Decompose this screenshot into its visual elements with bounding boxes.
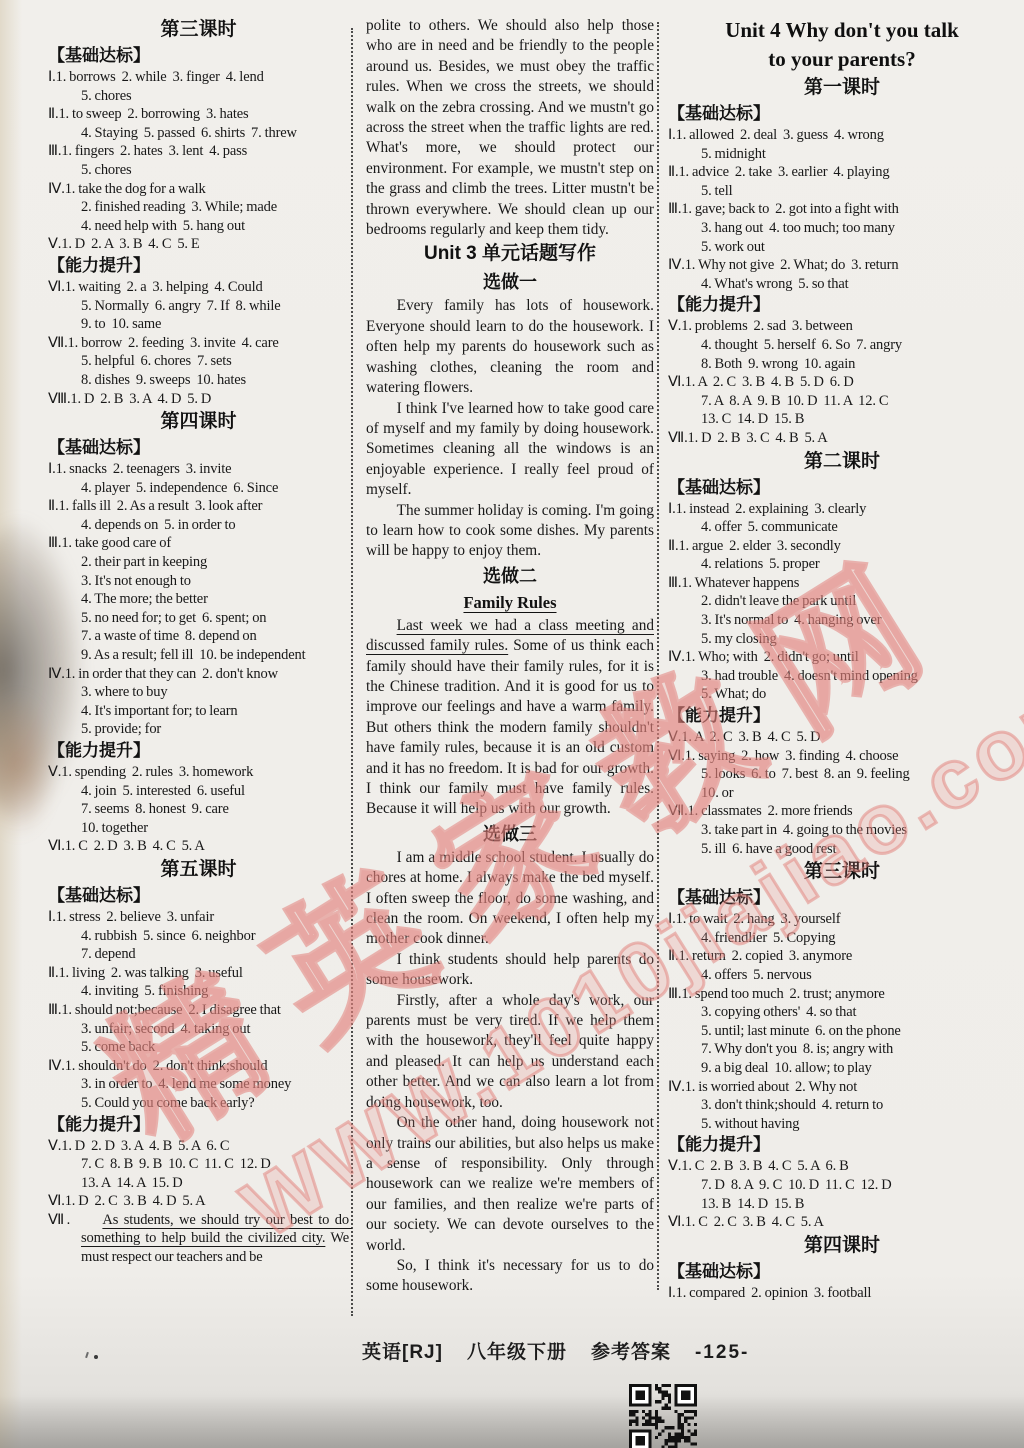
answer-line: Ⅴ.1. A 2. C 3. B 4. C 5. D bbox=[668, 728, 1016, 747]
footer-grade: 八年级下册 bbox=[467, 1342, 567, 1363]
answer-line-continuation: 4. The more; the better bbox=[48, 590, 349, 609]
answer-line: Ⅱ.1. falls ill 2. As a result 3. look af… bbox=[48, 497, 349, 516]
section-header: 【能力提升】 bbox=[668, 293, 1016, 317]
lesson-title: 第三课时 bbox=[48, 16, 349, 44]
footer-section-label: 参考答案 bbox=[591, 1342, 671, 1363]
answer-line-continuation: 5. my closing bbox=[668, 630, 1016, 649]
answer-line: Ⅴ.1. problems 2. sad 3. between bbox=[668, 317, 1016, 336]
answer-line: Ⅱ.1. to sweep 2. borrowing 3. hates bbox=[48, 105, 349, 124]
answer-line: Ⅳ.1. in order that they can 2. don't kno… bbox=[48, 665, 349, 684]
section-header: 【基础达标】 bbox=[668, 886, 1016, 910]
task-heading: 选做二 bbox=[366, 562, 654, 590]
answer-line: Ⅲ.1. fingers 2. hates 3. lent 4. pass bbox=[48, 142, 349, 161]
answer-line: Ⅱ.1. advice 2. take 3. earlier 4. playin… bbox=[668, 163, 1016, 182]
answer-line: Ⅳ.1. take the dog for a walk bbox=[48, 180, 349, 199]
answer-line-continuation: 4. inviting 5. finishing bbox=[48, 982, 349, 1001]
plain-text: Ⅶ. bbox=[48, 1212, 102, 1228]
lesson-title: 第三课时 bbox=[668, 858, 1016, 886]
essay-paragraph: I am a middle school student. I usually … bbox=[366, 848, 654, 950]
answer-line-continuation: 5. chores bbox=[48, 87, 349, 106]
answer-line-continuation: 7. a waste of time 8. depend on bbox=[48, 627, 349, 646]
answer-line-continuation: 9. As a result; fell ill 10. be independ… bbox=[48, 646, 349, 665]
essay-paragraph: polite to others. We should also help th… bbox=[366, 16, 654, 240]
answer-line-continuation: 10. together bbox=[48, 819, 349, 838]
footer-page-number: -125- bbox=[695, 1342, 749, 1363]
lesson-title: 第二课时 bbox=[668, 448, 1016, 476]
answer-line: Ⅲ.1. Whatever happens bbox=[668, 574, 1016, 593]
essay-paragraph: Firstly, after a whole day's work, our p… bbox=[366, 991, 654, 1113]
lesson-title: 第五课时 bbox=[48, 856, 349, 884]
answer-line-continuation: 4. need help with 5. hang out bbox=[48, 217, 349, 236]
lesson-title: 第四课时 bbox=[48, 408, 349, 436]
footer-book-title: 英语[RJ] bbox=[362, 1342, 443, 1363]
answer-line-continuation: 7. C 8. B 9. B 10. C 11. C 12. D bbox=[48, 1155, 349, 1174]
answer-line-continuation: 4. join 5. interested 6. useful bbox=[48, 782, 349, 801]
answer-line: Ⅳ.1. Who; with 2. didn't go; until bbox=[668, 648, 1016, 667]
answer-line-continuation: 13. C 14. D 15. B bbox=[668, 410, 1016, 429]
answer-line: Ⅰ.1. snacks 2. teenagers 3. invite bbox=[48, 460, 349, 479]
answer-line-continuation: 13. B 14. D 15. B bbox=[668, 1195, 1016, 1214]
answer-line-continuation: 5. Could you come back early? bbox=[48, 1094, 349, 1113]
answer-line: Ⅳ.1. Why not give 2. What; do 3. return bbox=[668, 256, 1016, 275]
answer-line-continuation: 5. until; last minute 6. on the phone bbox=[668, 1022, 1016, 1041]
answer-line: Ⅰ.1. allowed 2. deal 3. guess 4. wrong bbox=[668, 126, 1016, 145]
scan-bottom-shadow bbox=[0, 1396, 1024, 1448]
answers-column-left: 第三课时【基础达标】Ⅰ.1. borrows 2. while 3. finge… bbox=[48, 16, 349, 1267]
answer-line-continuation: 4. It's important for; to learn bbox=[48, 702, 349, 721]
answer-line-continuation: 5. What; do bbox=[668, 685, 1016, 704]
answer-line: Ⅰ.1. to wait 2. hang 3. yourself bbox=[668, 910, 1016, 929]
answer-line-continuation: 5. work out bbox=[668, 238, 1016, 257]
section-header: 【基础达标】 bbox=[48, 436, 349, 460]
answer-line: Ⅲ.1. should not;because 2. I disagree th… bbox=[48, 1001, 349, 1020]
answer-line-continuation: 7. A 8. A 9. B 10. D 11. A 12. C bbox=[668, 392, 1016, 411]
essay-paragraph: On the other hand, doing housework not o… bbox=[366, 1113, 654, 1256]
answer-line: Ⅳ.1. shouldn't do 2. don't think;should bbox=[48, 1057, 349, 1076]
answer-line-continuation: 9. a big deal 10. allow; to play bbox=[668, 1059, 1016, 1078]
answer-line-continuation: 4. player 5. independence 6. Since bbox=[48, 479, 349, 498]
answer-line-continuation: 7. Why don't you 8. is; angry with bbox=[668, 1040, 1016, 1059]
section-header: 【能力提升】 bbox=[668, 1133, 1016, 1157]
answer-line-continuation: 4. rubbish 5. since 6. neighbor bbox=[48, 927, 349, 946]
page-footer: 英语[RJ]八年级下册参考答案-125- bbox=[362, 1337, 773, 1364]
answer-line-continuation: 13. A 14. A 15. D bbox=[48, 1174, 349, 1193]
section-header: 【基础达标】 bbox=[668, 102, 1016, 126]
answer-line-continuation: 5. provide; for bbox=[48, 720, 349, 739]
answer-line: Ⅵ.1. D 2. C 3. B 4. D 5. A bbox=[48, 1192, 349, 1211]
answer-line: Ⅵ.1. A 2. C 3. B 4. B 5. D 6. D bbox=[668, 373, 1016, 392]
answer-line-continuation: 2. finished reading 3. While; made bbox=[48, 198, 349, 217]
answer-line-continuation: 4. offers 5. nervous bbox=[668, 966, 1016, 985]
scan-edge-tint bbox=[0, 0, 22, 1448]
answer-line-continuation: 3. take part in 4. going to the movies bbox=[668, 821, 1016, 840]
answer-line: Ⅱ.1. argue 2. elder 3. secondly bbox=[668, 537, 1016, 556]
section-header: 【能力提升】 bbox=[48, 1113, 349, 1137]
answer-line-continuation: 5. tell bbox=[668, 182, 1016, 201]
section-header: 【能力提升】 bbox=[668, 704, 1016, 728]
section-header: 【基础达标】 bbox=[668, 476, 1016, 500]
answer-line-continuation: 5. looks 6. to 7. best 8. an 9. feeling bbox=[668, 765, 1016, 784]
answer-line-continuation: 3. where to buy bbox=[48, 683, 349, 702]
column-separator bbox=[657, 22, 659, 1290]
unit-title: to your parents? bbox=[668, 45, 1016, 74]
answer-line-continuation: 8. Both 9. wrong 10. again bbox=[668, 355, 1016, 374]
lesson-title: 第一课时 bbox=[668, 74, 1016, 102]
answer-line-continuation: 5. without having bbox=[668, 1115, 1016, 1134]
answer-line: Ⅴ.1. spending 2. rules 3. homework bbox=[48, 763, 349, 782]
answer-line-continuation: 4. friendlier 5. Copying bbox=[668, 929, 1016, 948]
answer-line-continuation: 4. Staying 5. passed 6. shirts 7. threw bbox=[48, 124, 349, 143]
answer-line-continuation: 4. thought 5. herself 6. So 7. angry bbox=[668, 336, 1016, 355]
answer-line: Ⅲ.1. spend too much 2. trust; anymore bbox=[668, 985, 1016, 1004]
answer-line: Ⅷ.1. D 2. B 3. A 4. D 5. D bbox=[48, 390, 349, 409]
essay-paragraph: The summer holiday is coming. I'm going … bbox=[366, 501, 654, 562]
answer-line-continuation: 2. didn't leave the park until bbox=[668, 592, 1016, 611]
answer-line: Ⅲ.1. gave; back to 2. got into a fight w… bbox=[668, 200, 1016, 219]
answer-line-continuation: 5. Normally 6. angry 7. If 8. while bbox=[48, 297, 349, 316]
plain-text: Some of us think each family should have… bbox=[366, 637, 654, 817]
answer-line-continuation: 3. It's not enough to bbox=[48, 572, 349, 591]
answer-line-continuation: 5. midnight bbox=[668, 145, 1016, 164]
print-smudge bbox=[86, 1352, 100, 1360]
answer-line-continuation: 10. or bbox=[668, 784, 1016, 803]
answer-line-continuation: 3. unfair; second 4. taking out bbox=[48, 1020, 349, 1039]
unit-title: Unit 4 Why don't you talk bbox=[668, 16, 1016, 45]
answer-line: Ⅰ.1. stress 2. believe 3. unfair bbox=[48, 908, 349, 927]
answer-line-continuation: 9. to 10. same bbox=[48, 315, 349, 334]
answer-line: Ⅵ.1. C 2. C 3. B 4. C 5. A bbox=[668, 1213, 1016, 1232]
answer-line-continuation: 5. helpful 6. chores 7. sets bbox=[48, 352, 349, 371]
answer-line: Ⅰ.1. compared 2. opinion 3. football bbox=[668, 1284, 1016, 1303]
answer-line-continuation: 7. D 8. A 9. C 10. D 11. C 12. D bbox=[668, 1176, 1016, 1195]
answer-line: Ⅳ.1. is worried about 2. Why not bbox=[668, 1078, 1016, 1097]
answer-line: Ⅰ.1. instead 2. explaining 3. clearly bbox=[668, 500, 1016, 519]
answer-line-continuation: 5. no need for; to get 6. spent; on bbox=[48, 609, 349, 628]
answer-line-continuation: 3. don't think;should 4. return to bbox=[668, 1096, 1016, 1115]
answer-line: Ⅱ.1. living 2. was talking 3. useful bbox=[48, 964, 349, 983]
answer-line-continuation: 4. depends on 5. in order to bbox=[48, 516, 349, 535]
answer-line-continuation: 3. copying others' 4. so that bbox=[668, 1003, 1016, 1022]
task-heading: 选做一 bbox=[366, 268, 654, 296]
answer-line: Ⅶ. As students, we should try our best t… bbox=[48, 1211, 349, 1267]
column-separator bbox=[351, 28, 353, 1316]
underlined-text: As students, we should try our best to d… bbox=[81, 1212, 352, 1247]
answer-line: Ⅱ.1. return 2. copied 3. anymore bbox=[668, 947, 1016, 966]
answer-line-continuation: 8. dishes 9. sweeps 10. hates bbox=[48, 371, 349, 390]
answer-line-continuation: 3. hang out 4. too much; too many bbox=[668, 219, 1016, 238]
answer-line-continuation: 7. seems 8. honest 9. care bbox=[48, 800, 349, 819]
answer-line-continuation: 4. relations 5. proper bbox=[668, 555, 1016, 574]
qr-code-image bbox=[629, 1384, 697, 1448]
section-header: 【能力提升】 bbox=[48, 739, 349, 763]
answer-line-continuation: 3. It's normal to 4. hanging over bbox=[668, 611, 1016, 630]
answer-line-continuation: 3. had trouble 4. doesn't mind opening bbox=[668, 667, 1016, 686]
answer-line: Ⅴ.1. D 2. D 3. A 4. B 5. A 6. C bbox=[48, 1137, 349, 1156]
essay-paragraph: Last week we had a class meeting and dis… bbox=[366, 616, 654, 820]
essay-title: Family Rules bbox=[366, 590, 654, 616]
answer-line-continuation: 3. in order to 4. lend me some money bbox=[48, 1075, 349, 1094]
task-heading: 选做三 bbox=[366, 820, 654, 848]
answer-line-continuation: 4. What's wrong 5. so that bbox=[668, 275, 1016, 294]
answer-line: Ⅵ.1. saying 2. how 3. finding 4. choose bbox=[668, 747, 1016, 766]
essay-paragraph: I think I've learned how to take good ca… bbox=[366, 399, 654, 501]
essay-paragraph: So, I think it's necessary for us to do … bbox=[366, 1256, 654, 1297]
answer-line: Ⅶ.1. classmates 2. more friends bbox=[668, 802, 1016, 821]
essay-paragraph: I think students should help parents do … bbox=[366, 950, 654, 991]
answer-line-continuation: 7. depend bbox=[48, 945, 349, 964]
answer-line: Ⅵ.1. C 2. D 3. B 4. C 5. A bbox=[48, 837, 349, 856]
essays-column-middle: polite to others. We should also help th… bbox=[366, 16, 654, 1297]
answer-line: Ⅲ.1. take good care of bbox=[48, 534, 349, 553]
answer-line-continuation: 5. ill 6. have a good rest bbox=[668, 840, 1016, 859]
qr-code bbox=[629, 1384, 697, 1448]
answer-line: Ⅵ.1. waiting 2. a 3. helping 4. Could bbox=[48, 278, 349, 297]
answer-line: Ⅶ.1. borrow 2. feeding 3. invite 4. care bbox=[48, 334, 349, 353]
answer-line-continuation: 5. chores bbox=[48, 161, 349, 180]
section-header: 【基础达标】 bbox=[48, 44, 349, 68]
answer-line: Ⅴ.1. C 2. B 3. B 4. C 5. A 6. B bbox=[668, 1157, 1016, 1176]
answer-line: Ⅶ.1. D 2. B 3. C 4. B 5. A bbox=[668, 429, 1016, 448]
answer-line-continuation: 2. their part in keeping bbox=[48, 553, 349, 572]
lesson-title: 第四课时 bbox=[668, 1232, 1016, 1260]
answer-line-continuation: 4. offer 5. communicate bbox=[668, 518, 1016, 537]
answers-column-right: Unit 4 Why don't you talkto your parents… bbox=[668, 16, 1016, 1302]
scanned-answer-page: 第三课时【基础达标】Ⅰ.1. borrows 2. while 3. finge… bbox=[0, 0, 1024, 1448]
section-header: 【基础达标】 bbox=[48, 884, 349, 908]
answer-line-continuation: 5. come back bbox=[48, 1038, 349, 1057]
unit-writing-heading: Unit 3 单元话题写作 bbox=[366, 240, 654, 268]
section-header: 【能力提升】 bbox=[48, 254, 349, 278]
section-header: 【基础达标】 bbox=[668, 1260, 1016, 1284]
essay-paragraph: Every family has lots of housework. Ever… bbox=[366, 296, 654, 398]
answer-line: Ⅰ.1. borrows 2. while 3. finger 4. lend bbox=[48, 68, 349, 87]
answer-line: Ⅴ.1. D 2. A 3. B 4. C 5. E bbox=[48, 235, 349, 254]
